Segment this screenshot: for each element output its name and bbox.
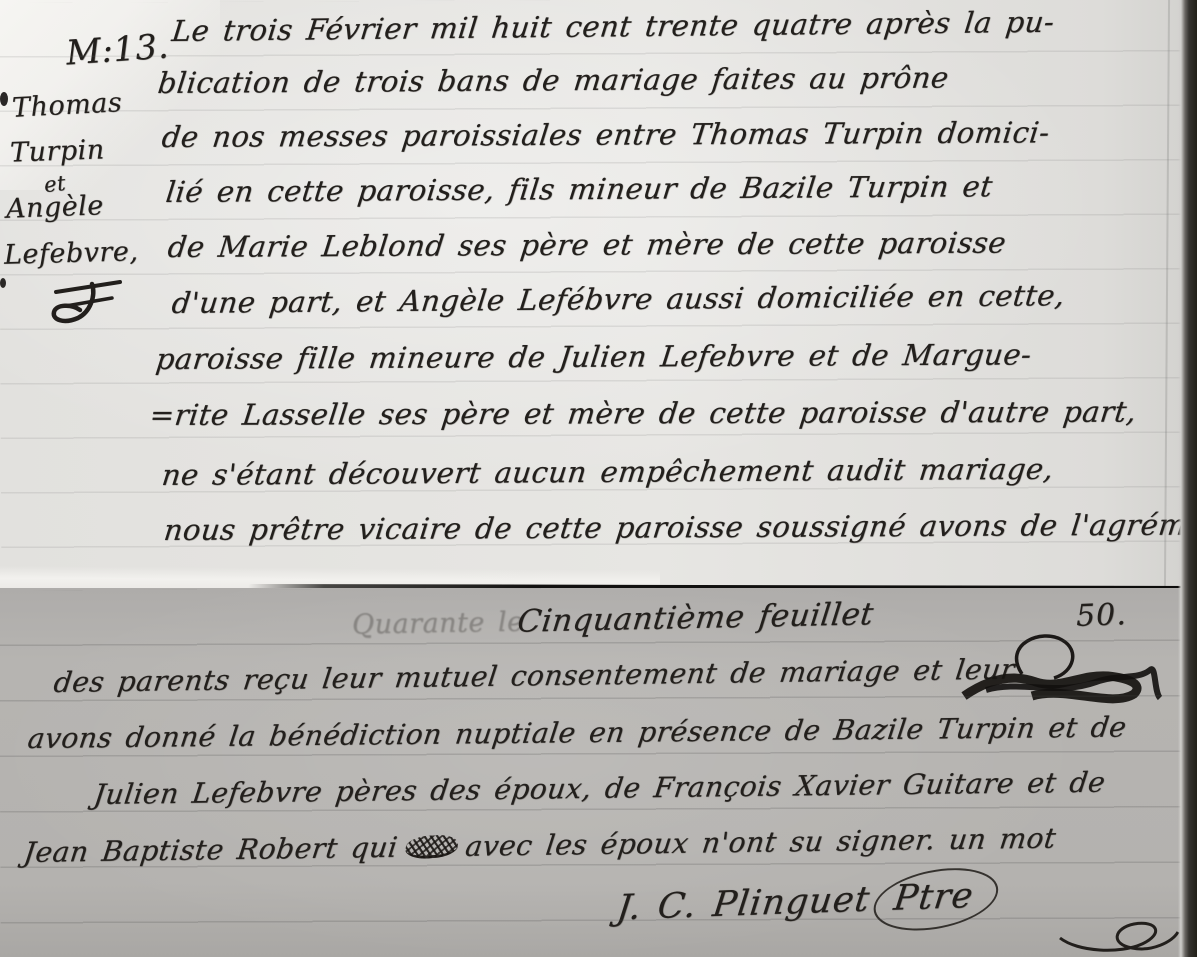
ink-blot-scribble [962, 634, 1162, 714]
edge-speck [0, 278, 6, 288]
margin-paraph-flourish [46, 278, 132, 336]
act-bottom-line-2: avons donné la bénédiction nuptiale en p… [26, 711, 1129, 755]
act-line-10: nous prêtre vicaire de cette paroisse so… [162, 507, 1197, 547]
act-line-2: blication de trois bans de mariage faite… [156, 60, 951, 100]
page-curvature-line [1164, 0, 1170, 588]
act-line-3: de nos messes paroissiales entre Thomas … [160, 115, 1052, 154]
signature-name: J. C. Plinguet [615, 880, 873, 929]
act-line-6: d'une part, et Angèle Lefébvre aussi dom… [170, 278, 1067, 320]
register-page-top: M:13. Thomas Turpin et Angèle Lefebvre, … [0, 0, 1197, 588]
act-bottom-line-4: Jean Baptiste Robert quiavec les époux n… [22, 822, 1058, 869]
scanned-marriage-record: { "colors": { "paper_top": "#e4e3e0", "p… [0, 0, 1197, 957]
act-line-8: =rite Lasselle ses père et mère de cette… [148, 395, 1139, 432]
signature-title: Ptre [877, 874, 990, 922]
margin-groom-surname: Turpin [9, 134, 105, 168]
act-line-9: ne s'étant découvert aucun empêchement a… [160, 452, 1055, 492]
entry-number: M:13. [65, 26, 170, 73]
register-page-bottom: Quarante le Cinquantième feuillet 50. de… [0, 588, 1197, 957]
margin-bride-first-name: Angèle [5, 190, 104, 224]
folio-page-number: 50. [1075, 597, 1127, 634]
faded-header-word: Quarante le [352, 607, 524, 641]
act-line-4: lié en cette paroisse, fils mineur de Ba… [164, 169, 994, 209]
act-bottom-line-3: Julien Lefebvre pères des époux, de Fran… [92, 766, 1108, 811]
act-line-1: Le trois Février mil huit cent trente qu… [170, 5, 1056, 48]
priest-signature: J. C. PlinguetPtre [614, 874, 990, 931]
line4-text-before: Jean Baptiste Robert qui [22, 831, 400, 869]
margin-bride-surname: Lefebvre, [4, 236, 139, 271]
edge-speck [0, 92, 8, 106]
line4-text-after: avec les époux n'ont su signer. un mot [464, 822, 1058, 863]
folio-title: Cinquantième feuillet [515, 596, 875, 639]
act-line-5: de Marie Leblond ses père et mère de cet… [166, 226, 1008, 264]
scratched-out-word [405, 834, 459, 860]
act-bottom-line-1: des parents reçu leur mutuel consentemen… [52, 653, 1017, 699]
signature-flourish [1030, 908, 1180, 954]
act-line-7: paroisse fille mineure de Julien Lefebvr… [154, 337, 1034, 376]
margin-groom-first-name: Thomas [11, 87, 123, 124]
